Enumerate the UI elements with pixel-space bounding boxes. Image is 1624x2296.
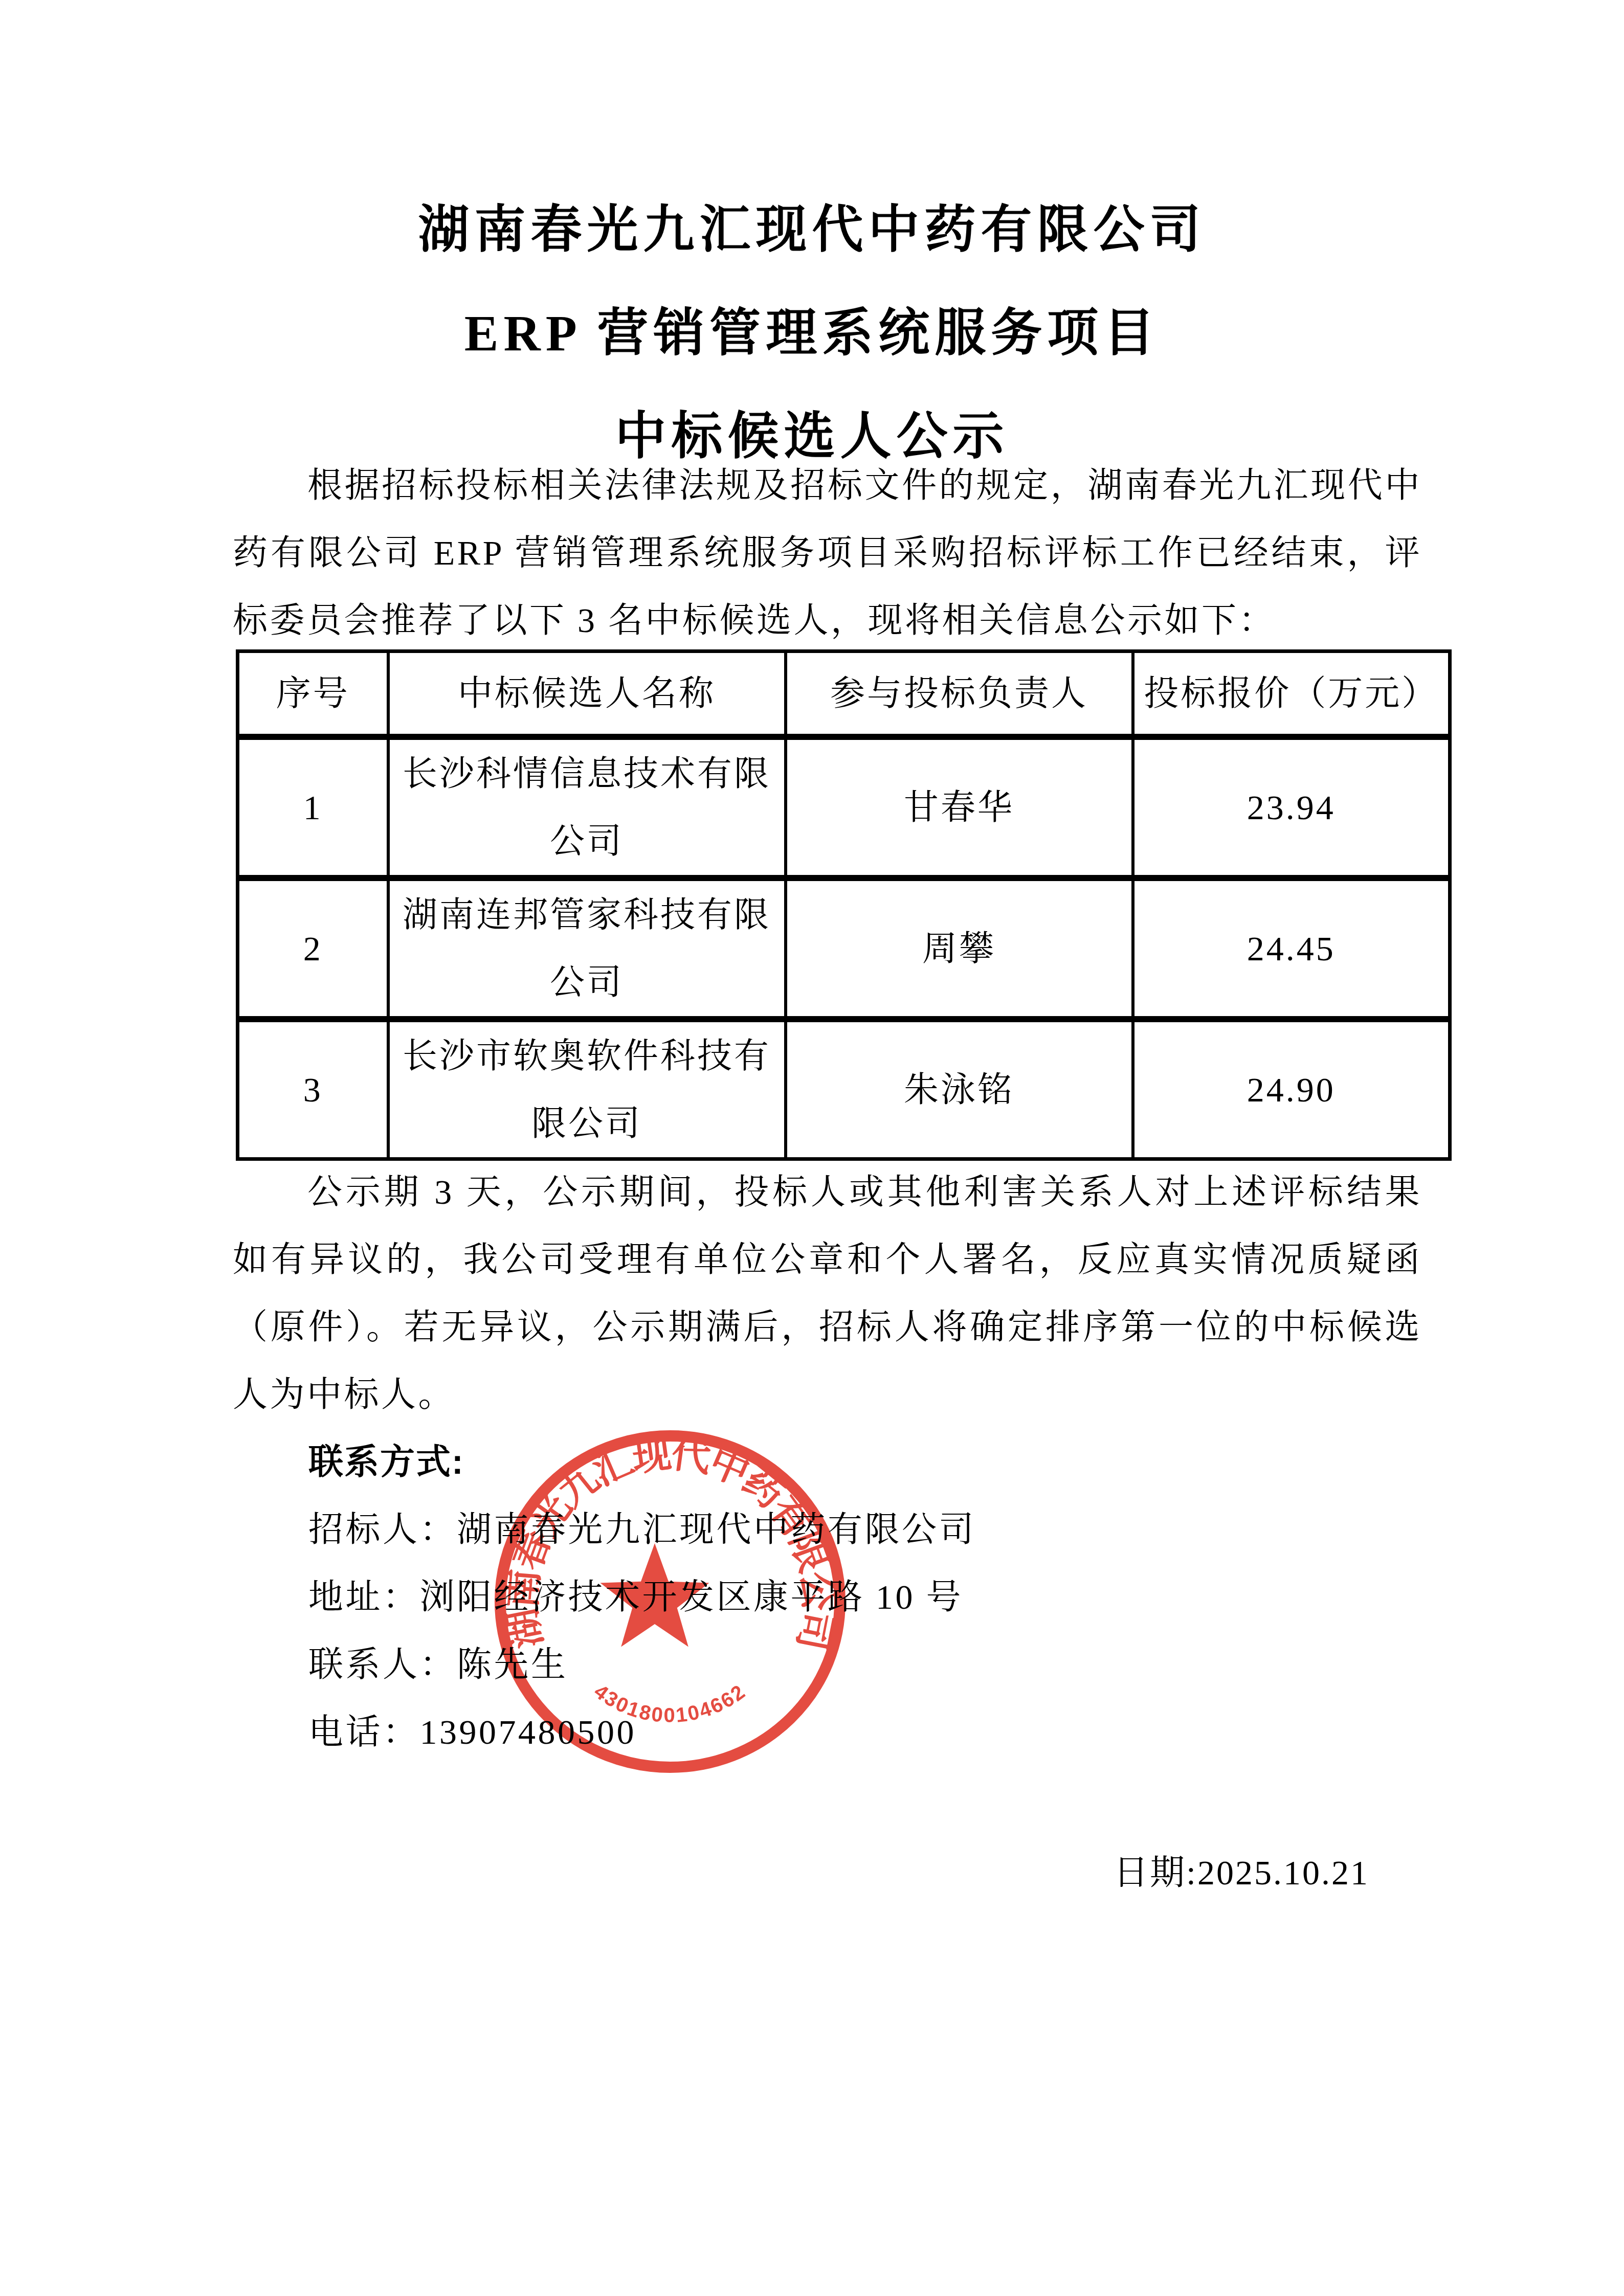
intro-paragraph: 根据招标投标相关法律法规及招标文件的规定，湖南春光九汇现代中药有限公司 ERP … [233,452,1422,654]
header-seq: 序号 [238,651,388,737]
notice-paragraph: 公示期 3 天，公示期间，投标人或其他利害关系人对上述评标结果如有异议的，我公司… [233,1158,1422,1428]
document-title: 湖南春光九汇现代中药有限公司 ERP 营销管理系统服务项目 中标候选人公示 [0,178,1624,488]
header-rep: 参与投标负责人 [786,651,1133,737]
header-price: 投标报价（万元） [1133,651,1450,737]
company-cell: 长沙科情信息技术有限公司 [388,737,786,878]
table-header-row: 序号 中标候选人名称 参与投标负责人 投标报价（万元） [238,651,1450,737]
title-line-company: 湖南春光九汇现代中药有限公司 [0,178,1624,282]
company-cell: 长沙市软奥软件科技有限公司 [388,1019,786,1159]
seal-star-icon [600,1543,709,1647]
table-row: 1 长沙科情信息技术有限公司 甘春华 23.94 [238,737,1450,878]
seal-serial-text-holder: 4301800104662 [590,1680,750,1727]
price-cell: 24.90 [1133,1019,1450,1159]
date-line: 日期:2025.10.21 [1114,1839,1369,1906]
title-line-project: ERP 营销管理系统服务项目 [0,282,1624,385]
company-seal: 湖南春光九汇现代中药有限公司 4301800104662 [486,1423,854,1781]
rep-cell: 周攀 [786,878,1133,1019]
company-cell: 湖南连邦管家科技有限公司 [388,878,786,1019]
document-page: 湖南春光九汇现代中药有限公司 ERP 营销管理系统服务项目 中标候选人公示 根据… [0,0,1624,2296]
table-row: 2 湖南连邦管家科技有限公司 周攀 24.45 [238,878,1450,1019]
seq-cell: 3 [238,1019,388,1159]
price-cell: 23.94 [1133,737,1450,878]
seq-cell: 2 [238,878,388,1019]
seq-cell: 1 [238,737,388,878]
rep-cell: 朱泳铭 [786,1019,1133,1159]
header-company: 中标候选人名称 [388,651,786,737]
price-cell: 24.45 [1133,878,1450,1019]
bid-candidates-table: 序号 中标候选人名称 参与投标负责人 投标报价（万元） 1 长沙科情信息技术有限… [236,649,1452,1161]
table-row: 3 长沙市软奥软件科技有限公司 朱泳铭 24.90 [238,1019,1450,1159]
seal-serial-text: 4301800104662 [590,1680,750,1727]
rep-cell: 甘春华 [786,737,1133,878]
